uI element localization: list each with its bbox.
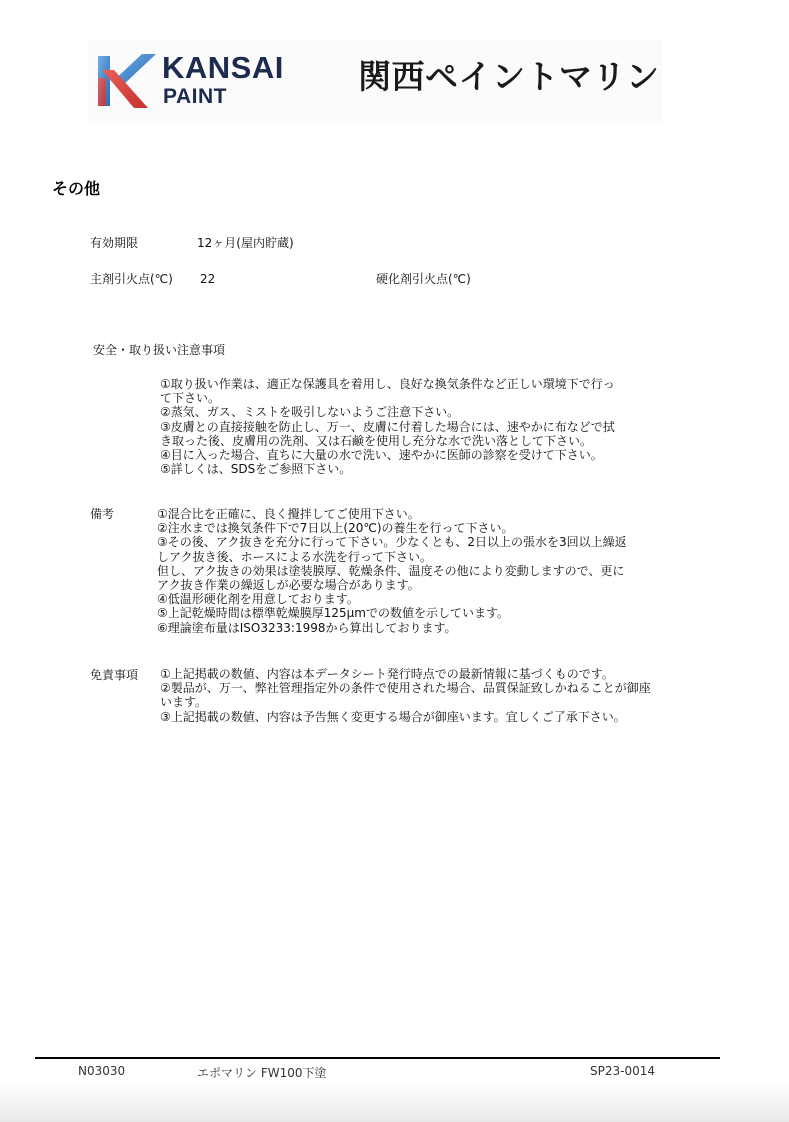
disclaimer-notes: ①上記掲載の数値、内容は本データシート発行時点での最新情報に基づくものです。 ②… <box>160 667 670 724</box>
logo-kansai-text: KANSAI <box>162 52 284 83</box>
logo-paint-text: PAINT <box>163 86 227 107</box>
remarks-line: ②注水までは換気条件下で7日以上(20℃)の養生を行って下さい。 <box>157 521 667 535</box>
footer-product-name: エポマリン FW100下塗 <box>197 1064 327 1081</box>
disclaimer-label: 免責事項 <box>90 668 138 682</box>
remarks-line: ⑥理論塗布量はISO3233:1998から算出しております。 <box>157 621 667 635</box>
remarks-notes: ①混合比を正確に、良く攪拌してご使用下さい。 ②注水までは換気条件下で7日以上(… <box>157 507 667 635</box>
shelf-life-label: 有効期限 <box>90 236 138 250</box>
safety-line: き取った後、皮膚用の洗剤、又は石鹸を使用し充分な水で洗い落として下さい。 <box>160 434 670 448</box>
header-banner: KANSAI PAINT 関西ペイントマリン <box>88 40 663 122</box>
remarks-label: 備考 <box>90 507 114 521</box>
remarks-line: ③その後、アク抜きを充分に行って下さい。少なくとも、2日以上の張水を3回以上繰返 <box>157 535 667 549</box>
shelf-life-value: 12ヶ月(屋内貯蔵) <box>197 236 294 250</box>
footer-doc-number: SP23-0014 <box>590 1064 655 1078</box>
disclaimer-line: います。 <box>160 695 670 709</box>
safety-line: ③皮膚との直接接触を防止し、万一、皮膚に付着した場合には、速やかに布などで拭 <box>160 420 670 434</box>
remarks-line: 但し、アク抜きの効果は塗装膜厚、乾燥条件、温度その他により変動しますので、更に <box>157 564 667 578</box>
hardener-flash-point-label: 硬化剤引火点(℃) <box>376 272 471 286</box>
page-bottom-shadow <box>0 1082 789 1122</box>
remarks-line: ①混合比を正確に、良く攪拌してご使用下さい。 <box>157 507 667 521</box>
remarks-line: ⑤上記乾燥時間は標準乾燥膜厚125μmでの数値を示しています。 <box>157 606 667 620</box>
disclaimer-line: ②製品が、万一、弊社管理指定外の条件で使用された場合、品質保証致しかねることが御… <box>160 681 670 695</box>
remarks-line: ④低温形硬化剤を用意しております。 <box>157 592 667 606</box>
kansai-logo-mark-icon <box>98 52 156 110</box>
safety-line: ①取り扱い作業は、適正な保護具を着用し、良好な換気条件など正しい環境下で行っ <box>160 377 670 391</box>
footer-product-code: N03030 <box>78 1064 125 1078</box>
logo-japanese-text: 関西ペイントマリン <box>358 60 660 93</box>
safety-line: ④目に入った場合、直ちに大量の水で洗い、速やかに医師の診察を受けて下さい。 <box>160 448 670 462</box>
section-title: その他 <box>52 176 100 199</box>
main-flash-point-value: 22 <box>200 272 215 286</box>
disclaimer-line: ①上記掲載の数値、内容は本データシート発行時点での最新情報に基づくものです。 <box>160 667 670 681</box>
footer-divider <box>35 1057 720 1059</box>
remarks-line: しアク抜き後、ホースによる水洗を行って下さい。 <box>157 550 667 564</box>
safety-line: て下さい。 <box>160 391 670 405</box>
remarks-line: アク抜き作業の繰返しが必要な場合があります。 <box>157 578 667 592</box>
safety-notes: ①取り扱い作業は、適正な保護具を着用し、良好な換気条件など正しい環境下で行っ て… <box>160 377 670 476</box>
disclaimer-line: ③上記掲載の数値、内容は予告無く変更する場合が御座います。宜しくご了承下さい。 <box>160 710 670 724</box>
safety-heading: 安全・取り扱い注意事項 <box>93 343 225 357</box>
safety-line: ②蒸気、ガス、ミストを吸引しないようご注意下さい。 <box>160 405 670 419</box>
main-flash-point-label: 主剤引火点(℃) <box>90 272 173 286</box>
safety-line: ⑤詳しくは、SDSをご参照下さい。 <box>160 462 670 476</box>
